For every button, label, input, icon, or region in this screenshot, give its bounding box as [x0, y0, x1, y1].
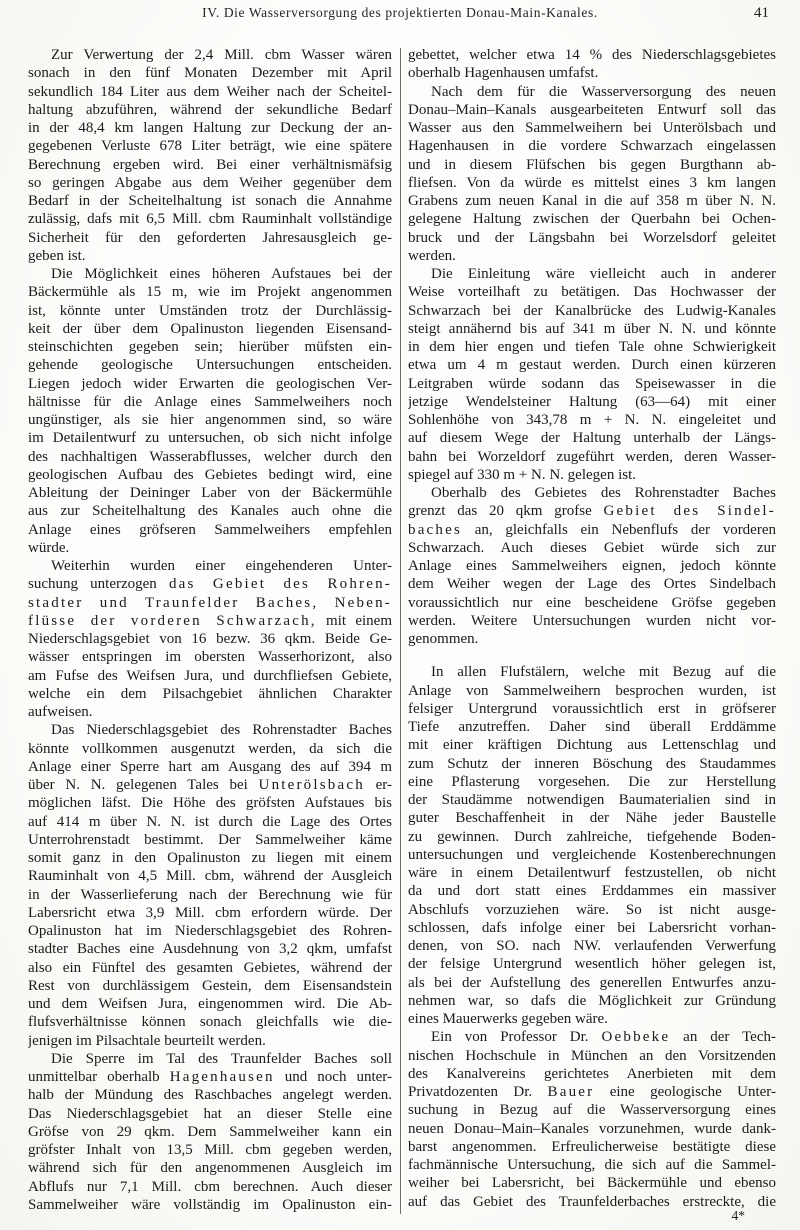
- emphasized-letterspaced-text: das Gebiet des Rohren-: [169, 576, 392, 592]
- text-line: Sohlenhöhe von 343,78 m + N. N. eingelei…: [408, 411, 776, 429]
- text-line: Weise vorteilhaft zu betätigen. Das Hoch…: [408, 283, 776, 301]
- page-header: IV. Die Wasserversorgung des projektiert…: [0, 5, 800, 29]
- text-line: geologischen Aufbau des Gebietes bedingt…: [28, 466, 392, 484]
- text-line: stadter Baches eine Ausdehnung von 3,2 q…: [28, 940, 392, 958]
- text-line: fliefsen. Von da würde es mittelst eines…: [408, 174, 776, 192]
- text-line: zum Schutz der inneren Böschung des Stau…: [408, 755, 776, 773]
- emphasized-letterspaced-text: Hagenhausen: [170, 1069, 275, 1085]
- paragraph: Oberhalb des Gebietes des Rohrenstadter …: [408, 484, 776, 648]
- page-number: 41: [754, 5, 769, 22]
- text-line: gegebenen Verluste 678 Liter beträgt, wi…: [28, 137, 392, 155]
- emphasized-letterspaced-text: baches: [408, 522, 462, 538]
- text-line: zu gewinnen. Durch zahlreiche, tiefgehen…: [408, 828, 776, 846]
- text-line: schlossen, dafs infolge einer bei Labers…: [408, 919, 776, 937]
- text-line: jenigen im Pilsachtale beurteilt werden.: [28, 1032, 392, 1050]
- paragraph: Weiterhin wurden einer eingehenderen Unt…: [28, 557, 392, 721]
- text-line: haltung abzuführen, während der sekundli…: [28, 101, 392, 119]
- scanned-book-page: IV. Die Wasserversorgung des projektiert…: [0, 0, 800, 1230]
- text-line: Schwarzach. Auch dieses Gebiet würde sic…: [408, 539, 776, 557]
- text-line: Liegen jedoch wider Erwarten die geologi…: [28, 375, 392, 393]
- text-line: neuen Donau–Main–Kanales vorzunehmen, wu…: [408, 1120, 776, 1138]
- text-line: genommen.: [408, 630, 776, 648]
- text-line: so geringen Abgabe aus dem Weiher gegenü…: [28, 174, 392, 192]
- text-line: Abschlufs vorzuziehen wäre. So ist nicht…: [408, 901, 776, 919]
- text-line: Nach dem für die Wasserversorgung des ne…: [408, 83, 776, 101]
- text-line: des Kanalvereins gerichtetes Anerbieten …: [408, 1065, 776, 1083]
- text-line: eines Mauerwerks gegeben wäre.: [408, 1010, 776, 1028]
- text-line: Wasser aus den Sammelweihern bei Unteröl…: [408, 119, 776, 137]
- text-line: geben ist.: [28, 247, 392, 265]
- text-line: Die Möglichkeit eines höheren Aufstaues …: [28, 265, 392, 283]
- text-line: sonach in den fünf Monaten Dezember mit …: [28, 64, 392, 82]
- text-line: hältnisse für die Anlage eines Sammelwei…: [28, 393, 392, 411]
- text-line: Die Einleitung wäre vielleicht auch in a…: [408, 265, 776, 283]
- text-line: gröfster Inhalt von 13,5 Mill. cbm gegeb…: [28, 1141, 392, 1159]
- text-line: da und dort statt eines Erddammes ein ma…: [408, 882, 776, 900]
- text-line: zulässig, dafs mit 6,5 Mill. cbm Rauminh…: [28, 210, 392, 228]
- emphasized-letterspaced-text: Bauer: [548, 1084, 595, 1100]
- text-line: untersuchungen und vergleichende Kostenb…: [408, 846, 776, 864]
- text-line: aufweisen.: [28, 703, 392, 721]
- text-line: steigt annähernd bis auf 341 m über N. N…: [408, 320, 776, 338]
- text-line: nischen Hochschule in München an den Vor…: [408, 1047, 776, 1065]
- text-line: guter Beschaffenheit in der Nähe jeder B…: [408, 809, 776, 827]
- emphasized-letterspaced-text: stadter und Traunfelder Baches, Neben-: [28, 595, 392, 611]
- text-line: Opalinuston hat im Niederschlagsgebiet d…: [28, 922, 392, 940]
- text-line: Schwarzach bei der Kanalbrücke des Ludwi…: [408, 302, 776, 320]
- paragraph: Das Niederschlagsgebiet des Rohrenstadte…: [28, 721, 392, 1050]
- text-line: Gröfse von 29 qkm. Dem Sammelweiher kann…: [28, 1123, 392, 1141]
- text-line: gelegene Haltung zwischen der Querbahn b…: [408, 210, 776, 228]
- text-line: Anlage eines Sammelweihers eignen, jedoc…: [408, 557, 776, 575]
- text-line: unmittelbar oberhalb Hagenhausen und noc…: [28, 1068, 392, 1086]
- text-line: auf diesem Wege der Haltung unterhalb de…: [408, 429, 776, 447]
- text-line: Berechnung ergeben wird. Bei einer verhä…: [28, 156, 392, 174]
- paragraph: gebettet, welcher etwa 14 % des Niedersc…: [408, 46, 776, 83]
- text-line: in der Wasserlieferung nach der Berechnu…: [28, 886, 392, 904]
- text-column-left: Zur Verwertung der 2,4 Mill. cbm Wasser …: [28, 46, 392, 1214]
- text-line: Weiterhin wurden einer eingehenderen Unt…: [28, 557, 392, 575]
- text-line: möglichen läfst. Die Höhe des gröfsten A…: [28, 794, 392, 812]
- text-line: suchung in Bezug auf die Wasserversorgun…: [408, 1101, 776, 1119]
- text-line: eine Pflasterung vorgesehen. Die zur Her…: [408, 773, 776, 791]
- text-line: der felsige Untergrund wesentlich höher …: [408, 955, 776, 973]
- text-line: Anlage eines gröfseren Sammelweihers emp…: [28, 521, 392, 539]
- text-line: Niederschlagsgebiet von 16 bezw. 36 qkm.…: [28, 630, 392, 648]
- emphasized-letterspaced-text: Oebbeke: [602, 1029, 671, 1045]
- text-line: Sicherheit für den geforderten Jahresaus…: [28, 229, 392, 247]
- paragraph: Ein von Professor Dr. Oebbeke an der Tec…: [408, 1028, 776, 1211]
- text-line: Abflufs nur 7,1 Mill. cbm berechnen. Auc…: [28, 1178, 392, 1196]
- paragraph: Die Sperre im Tal des Traunfelder Baches…: [28, 1050, 392, 1214]
- text-line: bahn bei Worzeldorf zugeführt werden, de…: [408, 448, 776, 466]
- emphasized-letterspaced-text: Unterölsbach: [259, 777, 365, 793]
- text-line: etwa um 4 m gestaut werden. Durch einen …: [408, 356, 776, 374]
- text-line: Anlage von Sammelweihern besprochen wurd…: [408, 682, 776, 700]
- text-line: flufsverhältnisse können sonach gleichfa…: [28, 1013, 392, 1031]
- text-line: Anlage einer Sperre hart am Ausgang des …: [28, 758, 392, 776]
- emphasized-letterspaced-text: Gebiet des Sindel-: [604, 503, 776, 519]
- text-line: Das Niederschlagsgebiet hat an dieser St…: [28, 1105, 392, 1123]
- text-line: Bedarf in der Scheitelhaltung ist sonach…: [28, 192, 392, 210]
- paragraph: Nach dem für die Wasserversorgung des ne…: [408, 83, 776, 266]
- text-line: in dem hier engen und tiefen Tale ohne S…: [408, 338, 776, 356]
- text-line: gehende geologische Untersuchungen entsc…: [28, 356, 392, 374]
- text-line: keit der über dem Opalinuston liegenden …: [28, 320, 392, 338]
- text-line: Oberhalb des Gebietes des Rohrenstadter …: [408, 484, 776, 502]
- text-line: Labersricht etwa 3,9 Mill. cbm erfordern…: [28, 904, 392, 922]
- text-line: Grabens zum neuen Kanal in die auf 358 m…: [408, 192, 776, 210]
- text-line: nehmen war, so dafs die Möglichkeit zur …: [408, 992, 776, 1010]
- text-line: barst angenommen. Erfreulicherweise best…: [408, 1138, 776, 1156]
- text-line: in der 48,4 km langen Haltung zur Deckun…: [28, 119, 392, 137]
- text-line: und dem Weifsen Jura, eingenommen wird. …: [28, 995, 392, 1013]
- text-line: Privatdozenten Dr. Bauer eine geologisch…: [408, 1083, 776, 1101]
- text-line: dem Weiher wegen der Lage des Ortes Sind…: [408, 575, 776, 593]
- text-line: oberhalb Hagenhausen umfafst.: [408, 64, 776, 82]
- text-line: wäre in einem Detailentwurf festzustelle…: [408, 864, 776, 882]
- text-line: fachmännische Untersuchung, die sich auf…: [408, 1156, 776, 1174]
- text-line: Unterrohrenstadt bestimmt. Der Sammelwei…: [28, 831, 392, 849]
- paragraph: Die Einleitung wäre vielleicht auch in a…: [408, 265, 776, 484]
- text-line: spiegel auf 330 m + N. N. gelegen ist.: [408, 466, 776, 484]
- text-line: Ein von Professor Dr. Oebbeke an der Tec…: [408, 1028, 776, 1046]
- text-line: flüsse der vorderen Schwarzach, mit eine…: [28, 612, 392, 630]
- text-line: könnte vollkommen ausgenutzt werden, da …: [28, 740, 392, 758]
- text-line: Bäckermühle als 15 m, wie im Projekt ang…: [28, 283, 392, 301]
- text-line: am Fufse des Weifsen Jura, und durchflie…: [28, 667, 392, 685]
- text-line: wässer entspringen im obersten Wasserhor…: [28, 648, 392, 666]
- text-line: werden. Weitere Untersuchungen wurden ni…: [408, 612, 776, 630]
- text-line: voraussichtlich nur eine bescheidene Grö…: [408, 594, 776, 612]
- paragraph: In allen Flufstälern, welche mit Bezug a…: [408, 663, 776, 1028]
- text-line: Die Sperre im Tal des Traunfelder Baches…: [28, 1050, 392, 1068]
- text-line: welche ein dem Pilsachgebiet ähnlichen C…: [28, 685, 392, 703]
- text-line: sekundlich 184 Liter aus dem Weiher nach…: [28, 83, 392, 101]
- text-line: also ein Fünftel des gesamten Gebietes, …: [28, 959, 392, 977]
- text-line: halb der Mündung des Raschbaches angeleg…: [28, 1086, 392, 1104]
- paragraph: Die Möglichkeit eines höheren Aufstaues …: [28, 265, 392, 557]
- text-line: grenzt das 20 qkm grofse Gebiet des Sind…: [408, 502, 776, 520]
- text-line: In allen Flufstälern, welche mit Bezug a…: [408, 663, 776, 681]
- text-line: stadter und Traunfelder Baches, Neben-: [28, 594, 392, 612]
- text-line: Rauminhalt von 4,5 Mill. cbm, während de…: [28, 867, 392, 885]
- text-line: auf das Gebiet des Traunfelderbaches ers…: [408, 1193, 776, 1211]
- text-line: Leitgraben würde sodann das Speisewasser…: [408, 375, 776, 393]
- text-line: des nachhaltigen Wasserabflusses, welche…: [28, 448, 392, 466]
- text-line: würde.: [28, 539, 392, 557]
- text-line: auf 414 m über N. N. ist durch die Lage …: [28, 813, 392, 831]
- text-line: baches an, gleichfalls ein Nebenflufs de…: [408, 521, 776, 539]
- text-line: Donau–Main–Kanals ausgearbeiteten Entwur…: [408, 101, 776, 119]
- emphasized-letterspaced-text: flüsse der vorderen Schwarzach,: [28, 613, 317, 629]
- text-line: im Detailentwurf zu untersuchen, ob sich…: [28, 429, 392, 447]
- text-line: Rest von durchlässigem Gestein, dem Eise…: [28, 977, 392, 995]
- text-line: somit ganz in den Opalinuston zu liegen …: [28, 849, 392, 867]
- paragraph: Zur Verwertung der 2,4 Mill. cbm Wasser …: [28, 46, 392, 265]
- text-line: ungünstiger, als sie hier angenommen sin…: [28, 411, 392, 429]
- text-line: als bei der Aufstellung des generellen E…: [408, 974, 776, 992]
- text-line: Zur Verwertung der 2,4 Mill. cbm Wasser …: [28, 46, 392, 64]
- text-line: felsiger Untergrund voraussichtlich erst…: [408, 700, 776, 718]
- text-column-right: gebettet, welcher etwa 14 % des Niedersc…: [408, 46, 776, 1211]
- text-line: weiher bei Labersricht, bei Bäckermühle …: [408, 1174, 776, 1192]
- text-line: denen, von SO. nach NW. verlaufenden Ver…: [408, 937, 776, 955]
- text-line: Hagenhausen in die vordere Schwarzach ei…: [408, 137, 776, 155]
- text-line: Ableitung der Deininger Laber von der Bä…: [28, 484, 392, 502]
- text-line: werden.: [408, 247, 776, 265]
- text-line: mit einer kräftigen Dichtung aus Lettens…: [408, 736, 776, 754]
- text-line: Sammelweiher wäre vollständig im Opalinu…: [28, 1196, 392, 1214]
- text-line: und in diesem Flüfschen bis gegen Burgth…: [408, 156, 776, 174]
- text-line: Tiefe anzutreffen. Daher sind überall Er…: [408, 718, 776, 736]
- printer-signature-mark: 4*: [732, 1208, 746, 1224]
- text-line: Das Niederschlagsgebiet des Rohrenstadte…: [28, 721, 392, 739]
- text-line: während sich für den angenommenen Ausgle…: [28, 1159, 392, 1177]
- text-line: aus zur Scheitelhaltung des Kanales auch…: [28, 502, 392, 520]
- text-line: über N. N. gelegenen Tales bei Unterölsb…: [28, 776, 392, 794]
- text-line: steinschichten gegeben sein; hierüber mü…: [28, 338, 392, 356]
- text-line: bruck und der Längsbahn bei Worzelsdorf …: [408, 229, 776, 247]
- page-title: IV. Die Wasserversorgung des projektiert…: [0, 5, 800, 21]
- column-divider: [400, 48, 401, 1214]
- text-line: der Staudämme notwendigen Baumaterialien…: [408, 791, 776, 809]
- text-line: gebettet, welcher etwa 14 % des Niedersc…: [408, 46, 776, 64]
- text-line: jetzige Wendelsteiner Haltung (63—64) mi…: [408, 393, 776, 411]
- text-line: ist, könnte unter Umständen trotz der Du…: [28, 302, 392, 320]
- text-line: suchung unterzogen das Gebiet des Rohren…: [28, 575, 392, 593]
